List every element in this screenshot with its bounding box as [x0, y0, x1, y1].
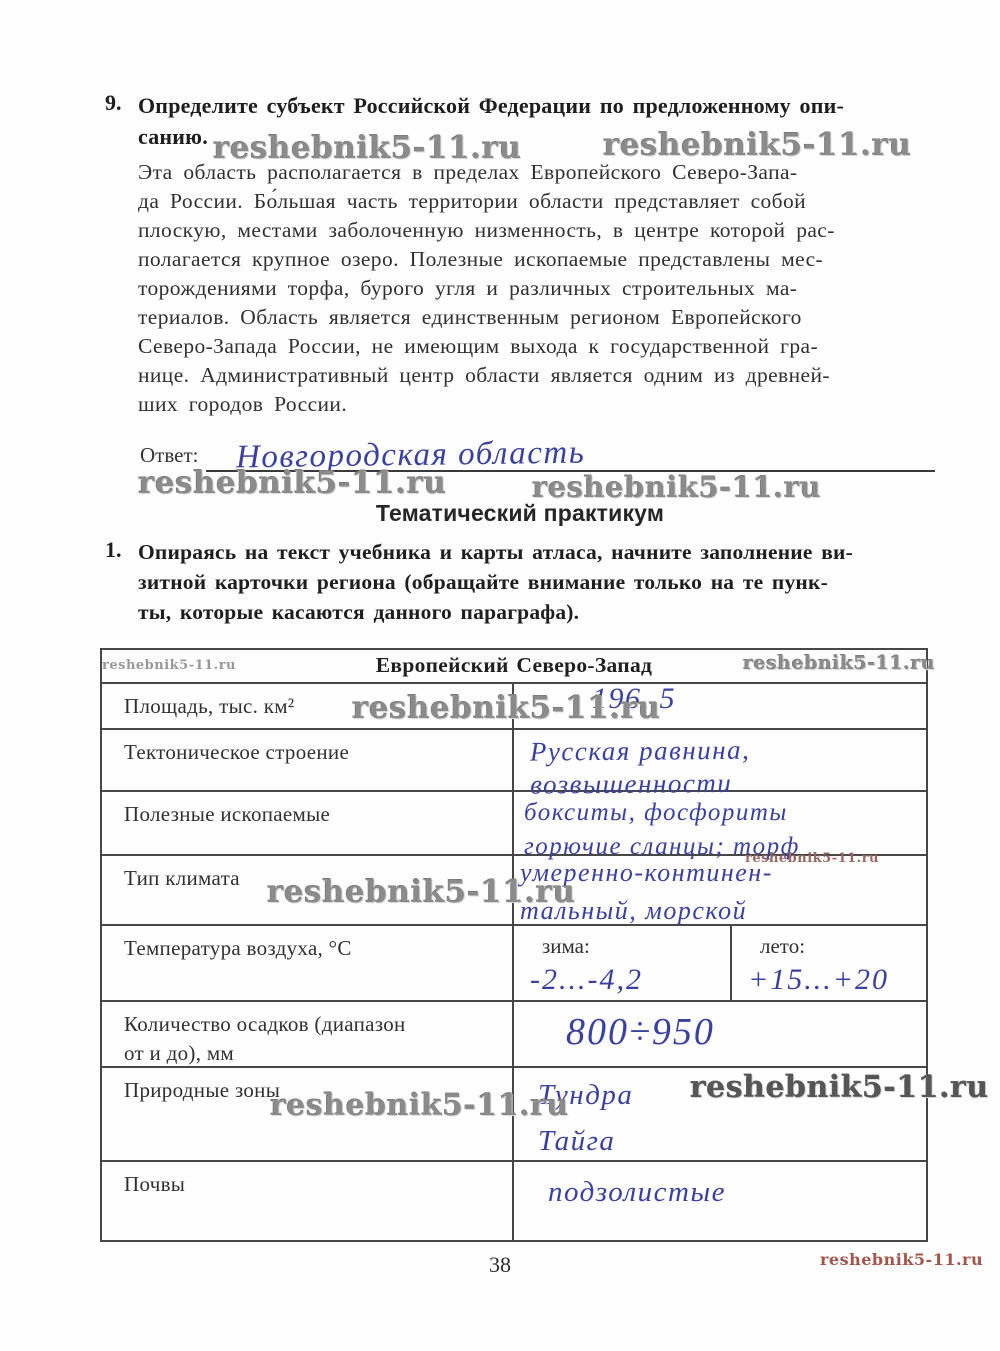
region-table: Европейский Северо-Запад Площадь, тыс. к…	[100, 648, 928, 1242]
temperature-summer-cell: лето: +15...+20	[732, 926, 926, 1000]
row-minerals-value: бокситы, фосфориты горючие сланцы; торф	[514, 792, 926, 854]
workbook-page: 9. Определите субъект Российской Федерац…	[0, 0, 1000, 1351]
watermark-text: reshebnik5-11.ru	[603, 127, 911, 163]
row-temperature: Температура воздуха, °С зима: -2...-4,2 …	[102, 926, 926, 1002]
watermark-text: reshebnik5-11.ru	[270, 1088, 569, 1123]
row-precipitation-value: 800÷950	[514, 1002, 926, 1066]
summer-label: лето:	[760, 934, 926, 959]
question-1-text: Опираясь на текст учебника и карты атлас…	[138, 537, 853, 627]
row-tectonics-handwritten: Русская равнина, возвышенности	[514, 728, 927, 802]
page-number: 38	[0, 1252, 1000, 1278]
row-soils-value: подзолистые	[514, 1162, 926, 1240]
row-minerals: Полезные ископаемые бокситы, фосфориты г…	[102, 792, 926, 856]
question-9-number: 9.	[105, 90, 138, 152]
watermark-text: reshebnik5-11.ru	[213, 130, 521, 166]
row-climate-value: умеренно-континен- тальный, морской	[514, 856, 926, 924]
watermark-text: reshebnik5-11.ru	[352, 690, 660, 726]
row-precipitation-handwritten: 800÷950	[514, 1002, 926, 1054]
row-temperature-label: Температура воздуха, °С	[102, 926, 514, 1000]
watermark-text: reshebnik5-11.ru	[743, 652, 935, 674]
watermark-text: reshebnik5-11.ru	[267, 874, 575, 910]
watermark-text: reshebnik5-11.ru	[690, 1070, 989, 1105]
watermark-text: reshebnik5-11.ru	[138, 465, 446, 501]
temperature-winter-cell: зима: -2...-4,2	[514, 926, 732, 1000]
question-1: 1. Опираясь на текст учебника и карты ат…	[105, 537, 950, 627]
row-tectonics-label: Тектоническое строение	[102, 730, 514, 790]
row-soils-label: Почвы	[102, 1162, 514, 1240]
watermark-text: reshebnik5-11.ru	[745, 851, 879, 866]
watermark-text: reshebnik5-11.ru	[532, 470, 821, 504]
winter-label: зима:	[542, 934, 730, 959]
row-minerals-label: Полезные ископаемые	[102, 792, 514, 854]
row-precipitation-label: Количество осадков (диапазон от и до), м…	[102, 1002, 514, 1066]
row-tectonics-value: Русская равнина, возвышенности	[514, 730, 926, 790]
question-1-number: 1.	[105, 537, 138, 627]
watermark-text: reshebnik5-11.ru	[102, 658, 236, 673]
winter-value-handwritten: -2...-4,2	[530, 963, 730, 997]
summer-value-handwritten: +15...+20	[748, 963, 926, 997]
row-precipitation: Количество осадков (диапазон от и до), м…	[102, 1002, 926, 1068]
row-soils-handwritten: подзолистые	[514, 1162, 926, 1209]
row-soils: Почвы подзолистые	[102, 1162, 926, 1240]
question-9-body: Эта область располагается в пределах Евр…	[138, 158, 940, 419]
row-tectonics: Тектоническое строение Русская равнина, …	[102, 730, 926, 792]
practicum-heading: Тематический практикум	[40, 500, 1000, 527]
